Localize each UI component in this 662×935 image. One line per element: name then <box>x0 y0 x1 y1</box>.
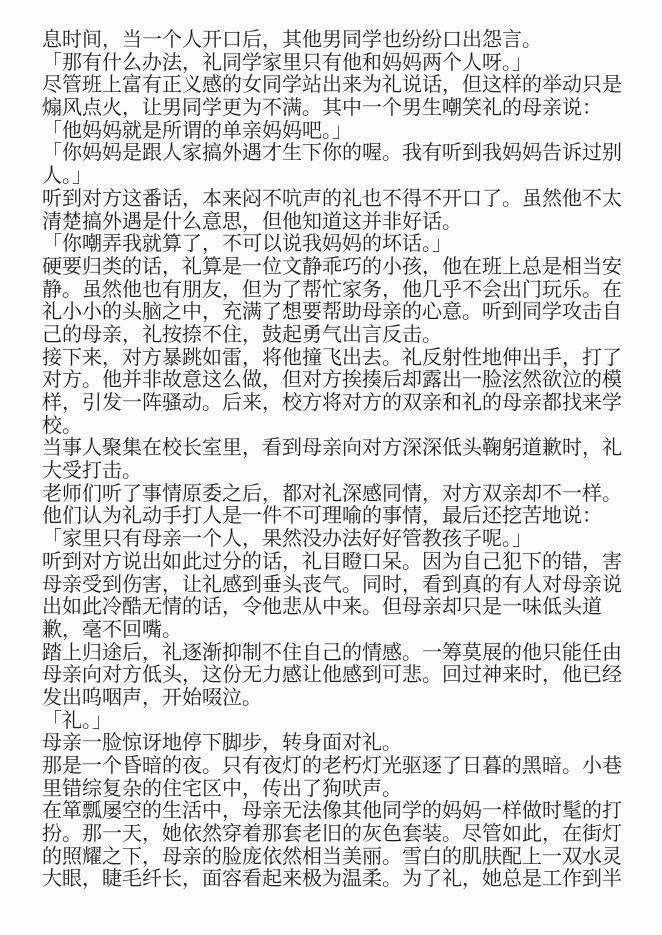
text-line: 硬要归类的话，礼算是一位文静乖巧的小孩，他在班上总是相当安 <box>42 256 637 279</box>
text-line: 出如此冷酷无情的话，令他悲从中来。但母亲却只是一味低头道 <box>42 596 637 619</box>
book-page: 息时间，当一个人开口后，其他男同学也纷纷口出怨言。「那有什么办法，礼同学家里只有… <box>0 0 662 935</box>
text-line: 样，引发一阵骚动。后来，校方将对方的双亲和礼的母亲都找来学 <box>42 392 637 415</box>
text-line: 「礼。」 <box>42 710 637 733</box>
text-line: 里错综复杂的住宅区中，传出了狗吠声。 <box>42 778 637 801</box>
text-line: 「他妈妈就是所谓的单亲妈妈吧。」 <box>42 120 637 143</box>
text-line: 「那有什么办法，礼同学家里只有他和妈妈两个人呀。」 <box>42 52 637 75</box>
text-line: 母亲向对方低头，这份无力感让他感到可悲。回过神来时，他已经 <box>42 664 637 687</box>
text-line: 息时间，当一个人开口后，其他男同学也纷纷口出怨言。 <box>42 29 637 52</box>
text-line: 「你妈妈是跟人家搞外遇才生下你的喔。我有听到我妈妈告诉过别 <box>42 142 637 165</box>
text-line: 他们认为礼动手打人是一件不可理喻的事情，最后还挖苦地说： <box>42 505 637 528</box>
text-line: 发出呜咽声，开始啜泣。 <box>42 687 637 710</box>
text-line: 接下来，对方暴跳如雷，将他撞飞出去。礼反射性地伸出手，打了 <box>42 347 637 370</box>
text-line: 歉，毫不回嘴。 <box>42 619 637 642</box>
text-line: 清楚搞外遇是什么意思，但他知道这并非好话。 <box>42 211 637 234</box>
text-line: 大眼，睫毛纤长，面容看起来极为温柔。为了礼，她总是工作到半 <box>42 868 637 891</box>
text-line: 礼小小的头脑之中，充满了想要帮助母亲的心意。听到同学攻击自 <box>42 301 637 324</box>
text-line: 对方。他并非故意这么做，但对方挨揍后却露出一脸泫然欲泣的模 <box>42 369 637 392</box>
text-line: 那是一个昏暗的夜。只有夜灯的老朽灯光驱逐了日暮的黑暗。小巷 <box>42 755 637 778</box>
text-line: 「家里只有母亲一个人，果然没办法好好管教孩子呢。」 <box>42 528 637 551</box>
text-line: 母亲受到伤害，让礼感到垂头丧气。同时，看到真的有人对母亲说 <box>42 574 637 597</box>
text-line: 的照耀之下，母亲的脸庞依然相当美丽。雪白的肌肤配上一双水灵 <box>42 846 637 869</box>
text-line: 静。虽然他也有朋友，但为了帮忙家务，他几乎不会出门玩乐。在 <box>42 279 637 302</box>
text-line: 听到对方说出如此过分的话，礼目瞪口呆。因为自己犯下的错，害 <box>42 551 637 574</box>
text-line: 人。」 <box>42 165 637 188</box>
text-line: 大受打击。 <box>42 460 637 483</box>
text-line: 「你嘲弄我就算了，不可以说我妈妈的坏话。」 <box>42 233 637 256</box>
text-line: 老师们听了事情原委之后，都对礼深感同情，对方双亲却不一样。 <box>42 483 637 506</box>
text-line: 在箪瓢屡空的生活中，母亲无法像其他同学的妈妈一样做时髦的打 <box>42 800 637 823</box>
text-line: 扮。那一天，她依然穿着那套老旧的灰色套装。尽管如此，在街灯 <box>42 823 637 846</box>
text-line: 尽管班上富有正义感的女同学站出来为礼说话，但这样的举动只是 <box>42 74 637 97</box>
text-line: 校。 <box>42 415 637 438</box>
text-line: 母亲一脸惊讶地停下脚步，转身面对礼。 <box>42 732 637 755</box>
text-line: 踏上归途后，礼逐渐抑制不住自己的情感。一筹莫展的他只能任由 <box>42 642 637 665</box>
text-line: 煽风点火，让男同学更为不满。其中一个男生嘲笑礼的母亲说： <box>42 97 637 120</box>
text-line: 当事人聚集在校长室里，看到母亲向对方深深低头鞠躬道歉时，礼 <box>42 437 637 460</box>
body-text: 息时间，当一个人开口后，其他男同学也纷纷口出怨言。「那有什么办法，礼同学家里只有… <box>42 29 637 891</box>
text-line: 己的母亲，礼按捺不住，鼓起勇气出言反击。 <box>42 324 637 347</box>
text-line: 听到对方这番话，本来闷不吭声的礼也不得不开口了。虽然他不太 <box>42 188 637 211</box>
